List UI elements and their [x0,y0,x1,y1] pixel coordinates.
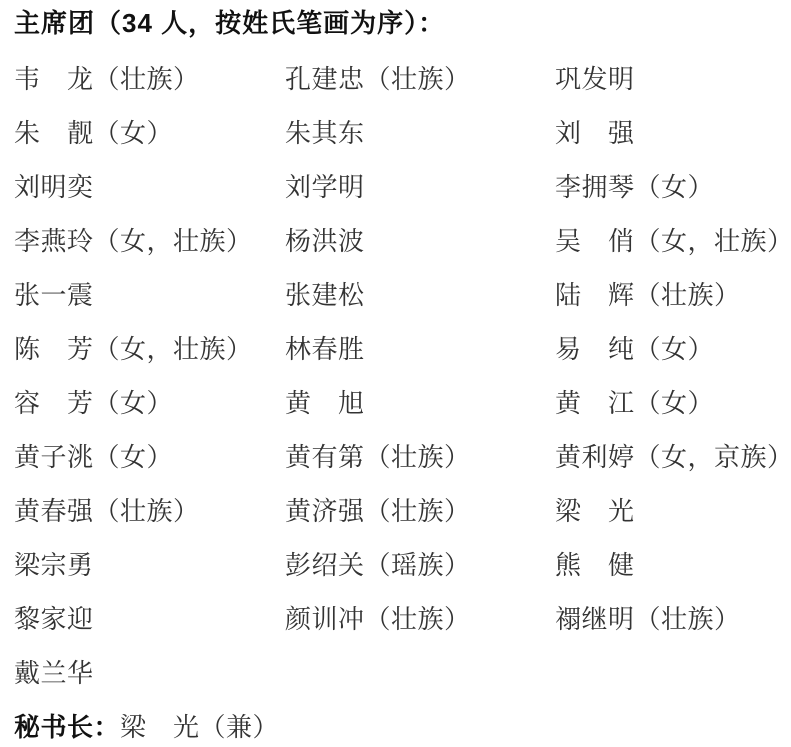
list-item: 韦 龙（壮族） [14,50,285,104]
list-item: 刘明奕 [14,158,285,212]
list-item: 刘学明 [285,158,555,212]
list-item: 黄子洮（女） [14,428,285,482]
list-item: 熊 健 [555,536,791,590]
list-item: 张建松 [285,266,555,320]
list-item: 陆 辉（壮族） [555,266,791,320]
list-item: 黄 江（女） [555,374,791,428]
list-item: 容 芳（女） [14,374,285,428]
secretary-general-label: 秘书长： [14,707,120,744]
secretary-general-value: 梁 光（兼） [120,707,279,744]
list-item: 戴兰华 [14,644,285,698]
list-item: 黄 旭 [285,374,555,428]
list-item: 彭绍关（瑶族） [285,536,555,590]
list-item: 易 纯（女） [555,320,791,374]
list-item: 张一震 [14,266,285,320]
name-column-1: 韦 龙（壮族）朱 靓（女）刘明奕李燕玲（女，壮族）张一震陈 芳（女，壮族）容 芳… [14,50,285,698]
list-item: 黄有第（壮族） [285,428,555,482]
presidium-name-grid: 韦 龙（壮族）朱 靓（女）刘明奕李燕玲（女，壮族）张一震陈 芳（女，壮族）容 芳… [14,50,777,698]
list-item: 黄春强（壮族） [14,482,285,536]
list-item: 朱其东 [285,104,555,158]
list-item: 吴 俏（女，壮族） [555,212,791,266]
list-item: 梁 光 [555,482,791,536]
list-item: 黎家迎 [14,590,285,644]
list-item: 陈 芳（女，壮族） [14,320,285,374]
page-title: 主席团（34 人，按姓氏笔画为序）： [14,8,777,39]
document-page: 主席团（34 人，按姓氏笔画为序）： 韦 龙（壮族）朱 靓（女）刘明奕李燕玲（女… [0,0,791,747]
list-item: 禤继明（壮族） [555,590,791,644]
list-item: 李拥琴（女） [555,158,791,212]
list-item: 梁宗勇 [14,536,285,590]
name-column-2: 孔建忠（壮族）朱其东刘学明杨洪波张建松林春胜黄 旭黄有第（壮族）黄济强（壮族）彭… [285,50,555,644]
list-item: 朱 靓（女） [14,104,285,158]
list-item: 李燕玲（女，壮族） [14,212,285,266]
list-item: 黄济强（壮族） [285,482,555,536]
list-item: 杨洪波 [285,212,555,266]
list-item: 刘 强 [555,104,791,158]
list-item: 巩发明 [555,50,791,104]
list-item: 孔建忠（壮族） [285,50,555,104]
list-item: 黄利婷（女，京族） [555,428,791,482]
list-item: 林春胜 [285,320,555,374]
secretary-general-line: 秘书长： 梁 光（兼） [14,698,777,747]
list-item: 颜训冲（壮族） [285,590,555,644]
name-column-3: 巩发明刘 强李拥琴（女）吴 俏（女，壮族）陆 辉（壮族）易 纯（女）黄 江（女）… [555,50,791,644]
